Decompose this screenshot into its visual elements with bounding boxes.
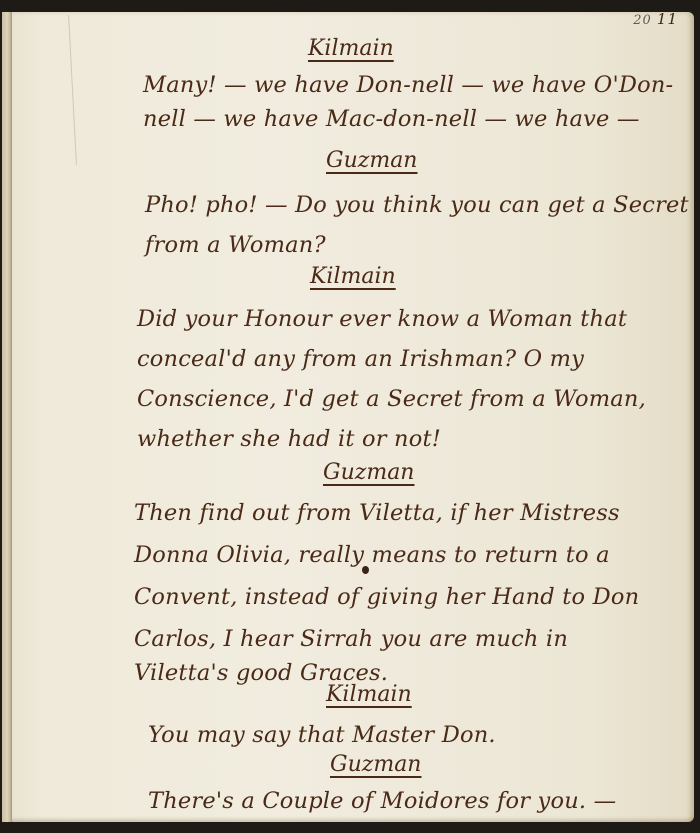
dialogue-line: Conscience, I'd get a Secret from a Woma…: [137, 386, 646, 412]
speaker-heading: Kilmain: [308, 36, 394, 61]
dialogue-line: Convent, instead of giving her Hand to D…: [134, 584, 639, 610]
dialogue-line: Carlos, I hear Sirrah you are much in: [134, 626, 568, 652]
ink-blot: [362, 566, 369, 574]
manuscript-scan: 20 11 Kilmain Many! — we have Don-nell —…: [0, 0, 700, 833]
dialogue-line: from a Woman?: [145, 232, 326, 258]
folio-number: 11: [657, 10, 678, 28]
dialogue-line: Donna Olivia, really means to return to …: [134, 542, 610, 568]
dialogue-line: There's a Couple of Moidores for you. —: [148, 788, 616, 814]
page-number-pencil: 20: [633, 13, 652, 28]
dialogue-line: conceal'd any from an Irishman? O my: [137, 346, 584, 372]
dialogue-line: nell — we have Mac-don-nell — we have —: [143, 106, 640, 132]
page-gutter: [2, 12, 12, 822]
dialogue-line: You may say that Master Don.: [148, 722, 496, 748]
speaker-heading: Guzman: [330, 752, 421, 777]
dialogue-line: whether she had it or not!: [137, 426, 441, 452]
dialogue-line: Many! — we have Don-nell — we have O'Don…: [143, 72, 673, 98]
speaker-heading: Guzman: [326, 148, 417, 173]
speaker-heading: Guzman: [323, 460, 414, 485]
dialogue-line: Pho! pho! — Do you think you can get a S…: [145, 192, 689, 218]
dialogue-line: Did your Honour ever know a Woman that: [137, 306, 627, 332]
page-number: 20 11: [633, 10, 678, 28]
speaker-heading: Kilmain: [310, 264, 396, 289]
speaker-heading: Kilmain: [326, 682, 412, 707]
dialogue-line: Then find out from Viletta, if her Mistr…: [134, 500, 620, 526]
